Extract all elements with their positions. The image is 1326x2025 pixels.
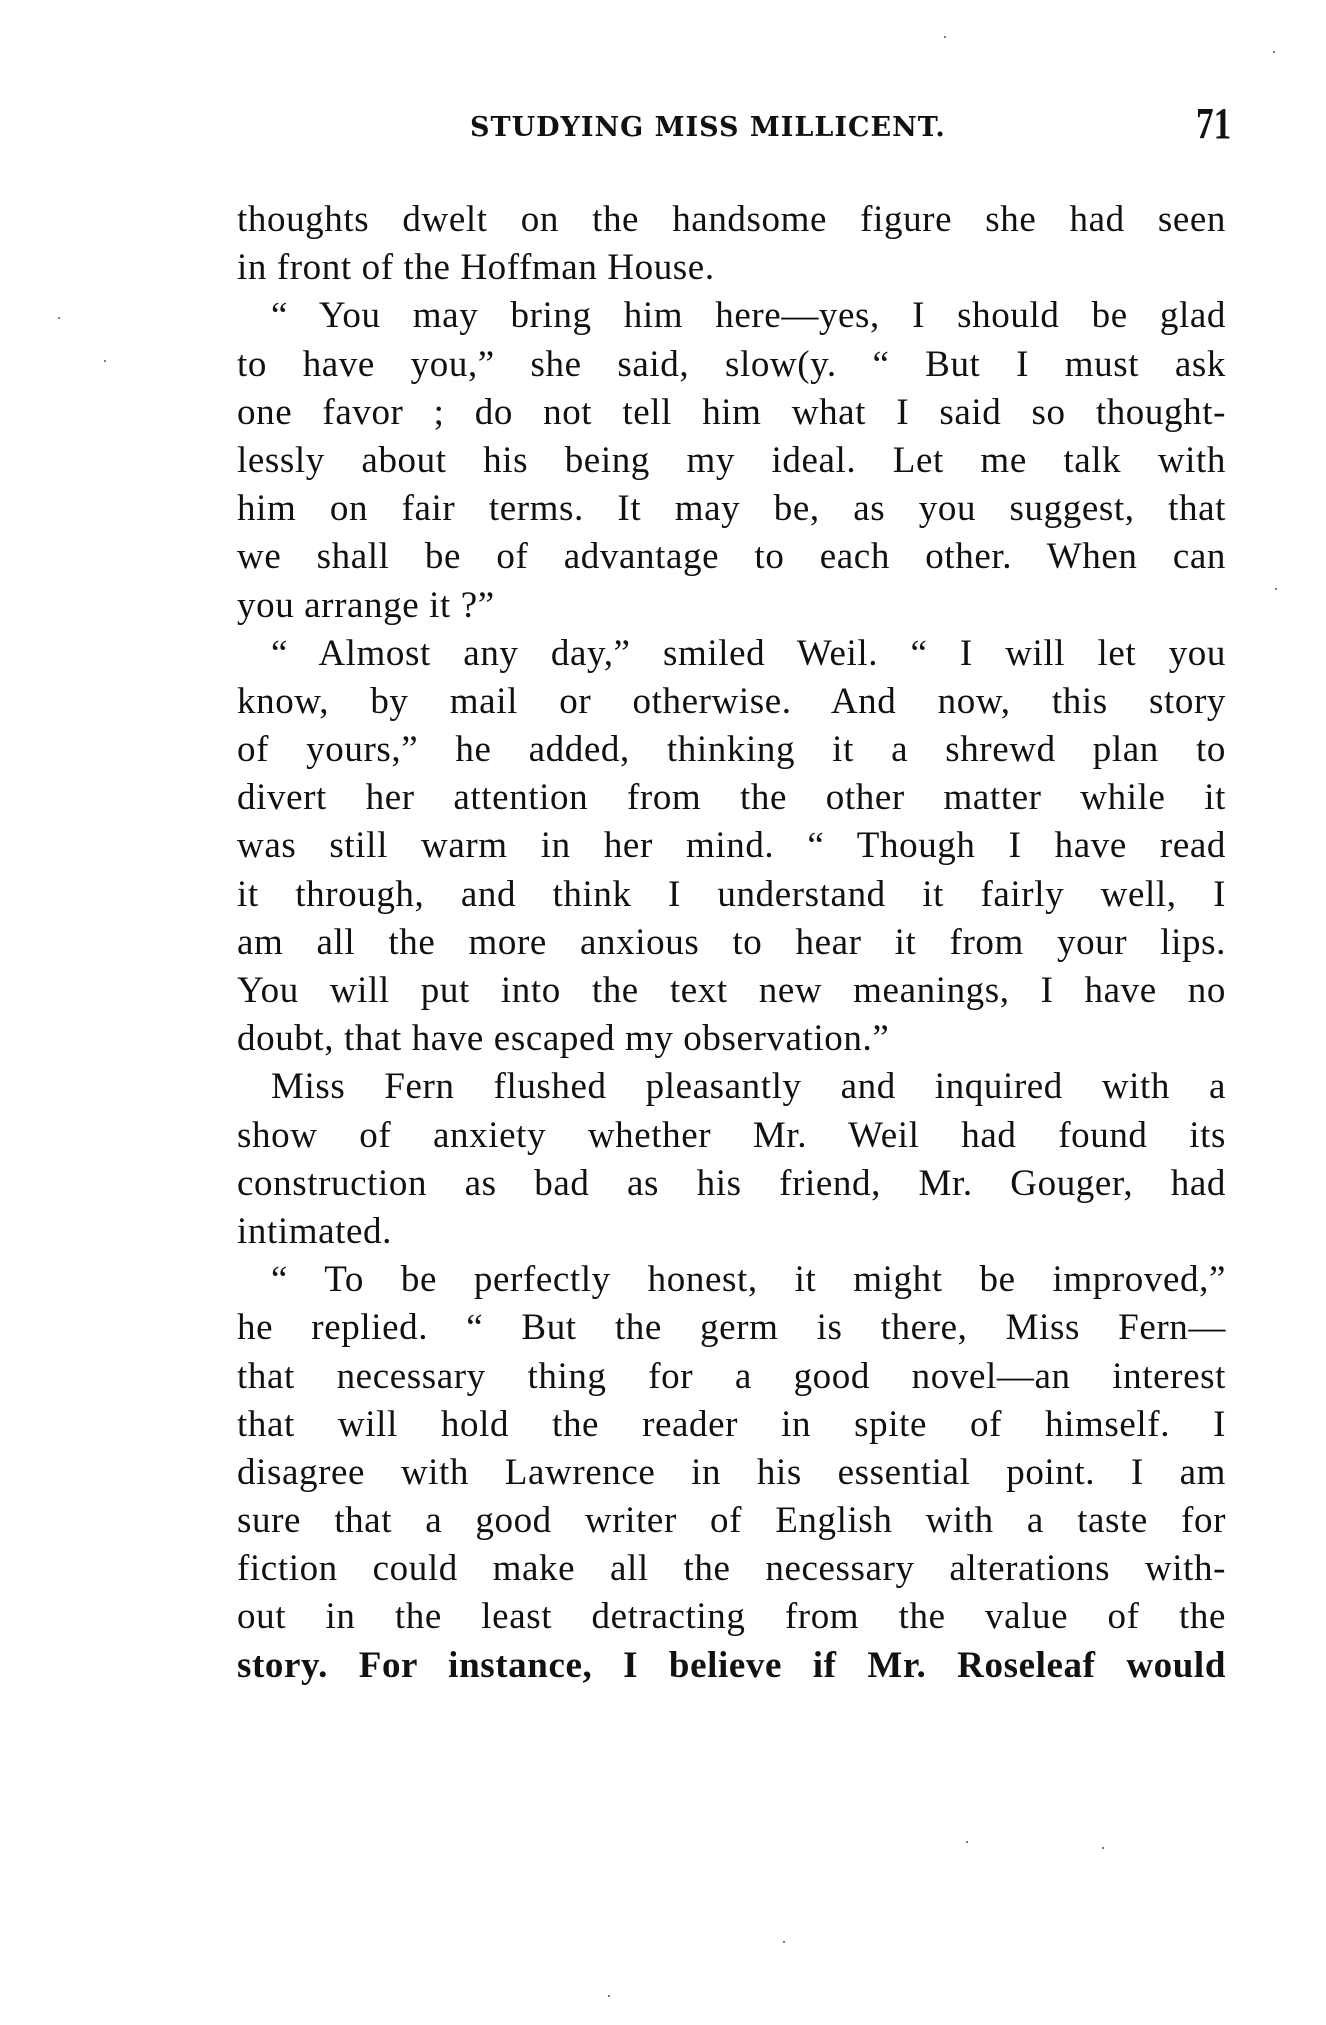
scan-speck: [608, 1995, 610, 1997]
text-line: it through, and think I understand it fa…: [237, 871, 1226, 919]
text-line: we shall be of advantage to each other. …: [237, 533, 1226, 581]
text-line: that necessary thing for a good novel—an…: [237, 1353, 1226, 1401]
scan-speck: [58, 317, 60, 319]
scan-speck: [1102, 1847, 1104, 1849]
text-line: lessly about his being my ideal. Let me …: [237, 437, 1226, 485]
text-line: know, by mail or otherwise. And now, thi…: [237, 678, 1226, 726]
text-line: one favor ; do not tell him what I said …: [237, 389, 1226, 437]
scan-speck: [104, 360, 106, 362]
text-line: you arrange it ?”: [237, 582, 1226, 630]
text-line: “ To be perfectly honest, it might be im…: [237, 1256, 1226, 1304]
scan-speck: [966, 1841, 968, 1843]
text-line: sure that a good writer of English with …: [237, 1497, 1226, 1545]
text-line: “ Almost any day,” smiled Weil. “ I will…: [237, 630, 1226, 678]
text-line: that will hold the reader in spite of hi…: [237, 1401, 1226, 1449]
text-line: to have you,” she said, slow(y. “ But I …: [237, 341, 1226, 389]
text-line: out in the least detracting from the val…: [237, 1593, 1226, 1641]
text-line: doubt, that have escaped my observation.…: [237, 1015, 1226, 1063]
book-page: STUDYING MISS MILLICENT. 71 thoughts dwe…: [0, 0, 1326, 2025]
text-line: intimated.: [237, 1208, 1226, 1256]
body-text: thoughts dwelt on the handsome figure sh…: [237, 196, 1226, 1690]
text-line: am all the more anxious to hear it from …: [237, 919, 1226, 967]
text-line: story. For instance, I believe if Mr. Ro…: [237, 1642, 1226, 1690]
page-number: 71: [1196, 100, 1228, 148]
text-line: thoughts dwelt on the handsome figure sh…: [237, 196, 1226, 244]
text-line: of yours,” he added, thinking it a shrew…: [237, 726, 1226, 774]
text-line: fiction could make all the necessary alt…: [237, 1545, 1226, 1593]
scan-speck: [944, 36, 946, 38]
text-line: he replied. “ But the germ is there, Mis…: [237, 1304, 1226, 1352]
text-line: You will put into the text new meanings,…: [237, 967, 1226, 1015]
scan-speck: [783, 1941, 785, 1943]
text-line: construction as bad as his friend, Mr. G…: [237, 1160, 1226, 1208]
scan-speck: [1273, 51, 1275, 53]
text-line: was still warm in her mind. “ Though I h…: [237, 822, 1226, 870]
text-line: Miss Fern flushed pleasantly and inquire…: [237, 1063, 1226, 1111]
text-line: in front of the Hoffman House.: [237, 244, 1226, 292]
text-line: show of anxiety whether Mr. Weil had fou…: [237, 1112, 1226, 1160]
text-line: disagree with Lawrence in his essential …: [237, 1449, 1226, 1497]
text-line: “ You may bring him here—yes, I should b…: [237, 292, 1226, 340]
text-line: him on fair terms. It may be, as you sug…: [237, 485, 1226, 533]
running-head-title: STUDYING MISS MILLICENT.: [470, 108, 990, 148]
text-line: divert her attention from the other matt…: [237, 774, 1226, 822]
scan-speck: [1275, 588, 1277, 590]
